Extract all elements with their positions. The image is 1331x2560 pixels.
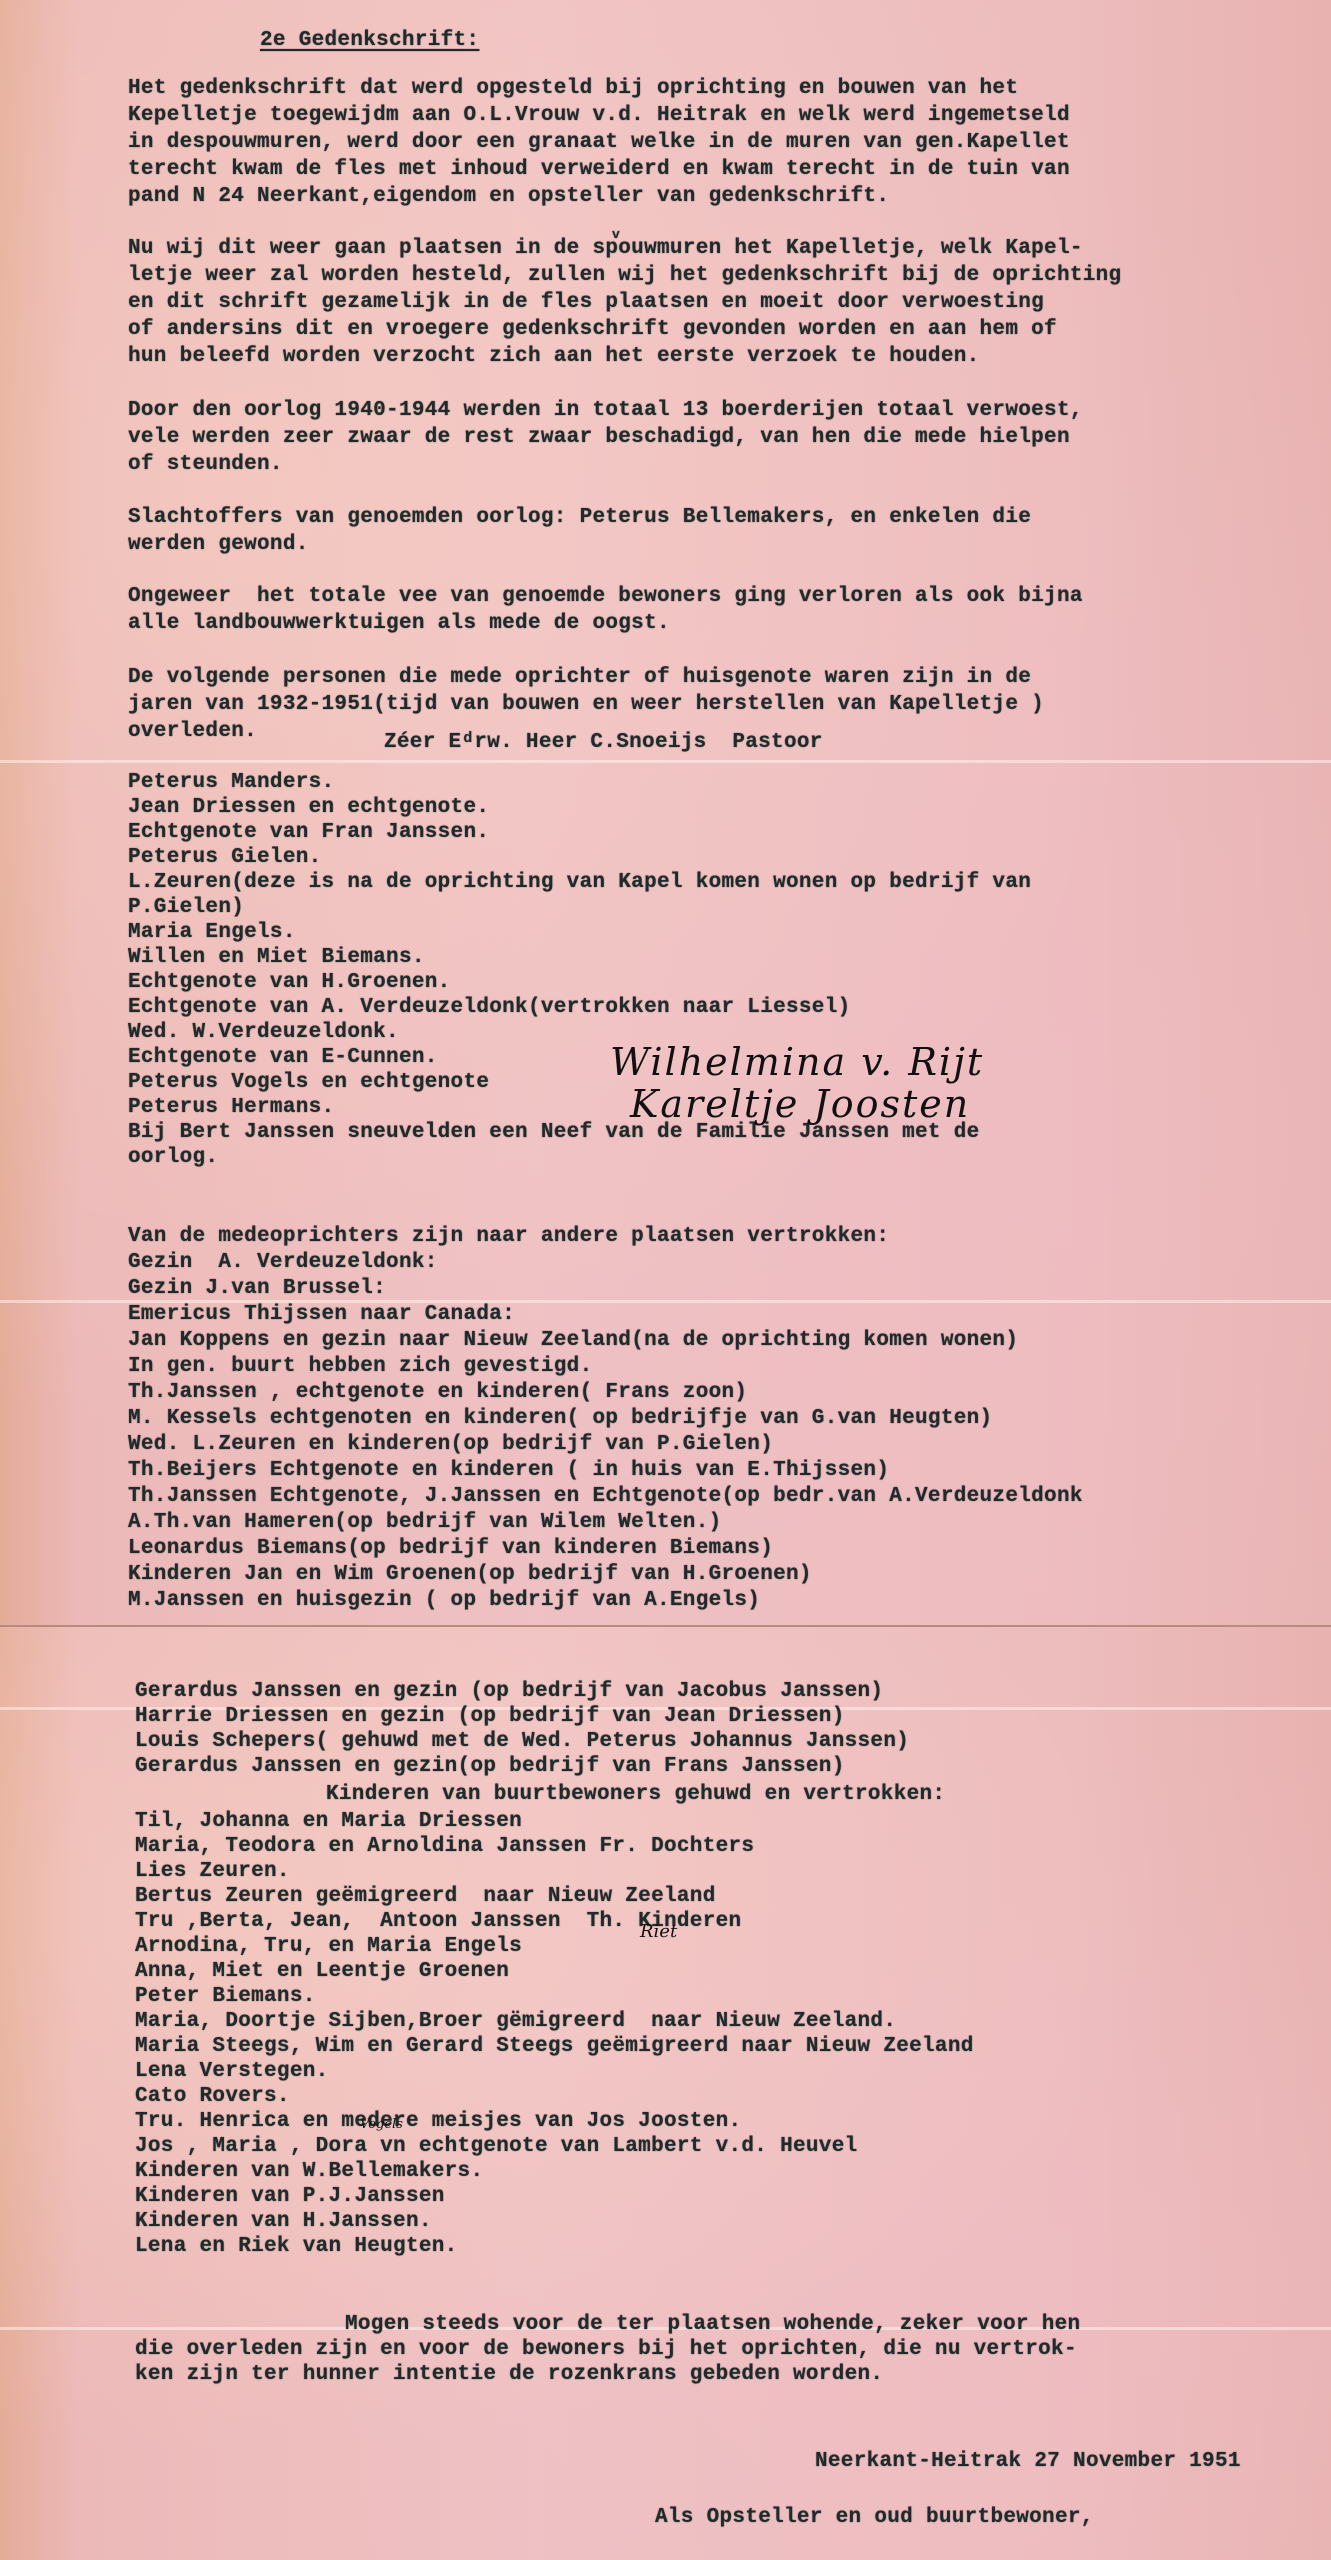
text-line: terecht kwam de fles met inhoud verweide… [128,157,1070,183]
moved-item: M.Janssen en huisgezin ( op bedrijf van … [128,1588,760,1614]
deceased-item: Echtgenote van E-Cunnen. [128,1045,438,1071]
children-item: Maria, Teodora en Arnoldina Janssen Fr. … [135,1834,754,1860]
children-item: Arnodina, Tru, en Maria Engels [135,1934,522,1960]
moved-item: Th.Janssen Echtgenote, J.Janssen en Echt… [128,1484,1083,1510]
closing-line: ken zijn ter hunner intentie de rozenkra… [135,2362,883,2388]
fold-crease [0,760,1331,763]
closing-line: die overleden zijn en voor de bewoners b… [135,2337,1077,2363]
moved-item: Wed. L.Zeuren en kinderen(op bedrijf van… [128,1432,773,1458]
moved-item: Th.Janssen , echtgenote en kinderen( Fra… [128,1380,747,1406]
insertion-mark: v [612,222,620,248]
moved-item: M. Kessels echtgenoten en kinderen( op b… [128,1406,992,1432]
text-line: letje weer zal worden hesteld, zullen wi… [128,263,1121,289]
handwritten-name: Wilhelmina v. Rijt [610,1040,984,1084]
children-item: Til, Johanna en Maria Driessen [135,1809,522,1835]
settled-item: Harrie Driessen en gezin (op bedrijf van… [135,1704,845,1730]
text-line: hun beleefd worden verzocht zich aan het… [128,344,980,370]
deceased-item: Maria Engels. [128,920,296,946]
deceased-item: Echtgenote van Fran Janssen. [128,820,489,846]
children-item: Maria Steegs, Wim en Gerard Steegs geëmi… [135,2034,974,2060]
text-line: in despouwmuren, werd door een granaat w… [128,130,1070,156]
text-line: De volgende personen die mede oprichter … [128,665,1031,691]
moved-item: A.Th.van Hameren(op bedrijf van Wilem We… [128,1510,722,1536]
text-line: Nu wij dit weer gaan plaatsen in de spou… [128,236,1083,262]
children-item: Lena en Riek van Heugten. [135,2234,458,2260]
closing-line: Mogen steeds voor de ter plaatsen wohend… [345,2312,1080,2338]
section-heading: Van de medeoprichters zijn naar andere p… [128,1224,889,1250]
text-line: en dit schrift gezamelijk in de fles pla… [128,290,1044,316]
moved-item: Emericus Thijssen naar Canada: [128,1302,515,1328]
deceased-item: Peterus Gielen. [128,845,322,871]
children-item: Anna, Miet en Leentje Groenen [135,1959,509,1985]
text-line: of steunden. [128,452,283,478]
deceased-item: Willen en Miet Biemans. [128,945,425,971]
children-item: Lies Zeuren. [135,1859,290,1885]
text-line: of andersins dit en vroegere gedenkschri… [128,317,1057,343]
moved-item: Gezin J.van Brussel: [128,1276,386,1302]
deceased-item: oorlog. [128,1145,218,1171]
document-title: 2e Gedenkschrift: [260,28,479,54]
settled-item: Gerardus Janssen en gezin(op bedrijf van… [135,1754,845,1780]
section-heading: Kinderen van buurtbewoners gehuwd en ver… [326,1782,945,1808]
deceased-item: Echtgenote van A. Verdeuzeldonk(vertrokk… [128,995,851,1021]
moved-item: Leonardus Biemans(op bedrijf van kindere… [128,1536,773,1562]
text-line: overleden. [128,719,257,745]
moved-item: In gen. buurt hebben zich gevestigd. [128,1354,592,1380]
settled-item: Gerardus Janssen en gezin (op bedrijf va… [135,1679,883,1705]
text-line: Het gedenkschrift dat werd opgesteld bij… [128,76,1018,102]
text-line: Door den oorlog 1940-1944 werden in tota… [128,398,1083,424]
deceased-item: Wed. W.Verdeuzeldonk. [128,1020,399,1046]
moved-item: Gezin A. Verdeuzeldonk: [128,1250,438,1276]
place-date: Neerkant-Heitrak 27 November 1951 [815,2449,1241,2475]
children-item: Kinderen van H.Janssen. [135,2209,432,2235]
document-sheet-1: 2e Gedenkschrift: Het gedenkschrift dat … [0,0,1331,1625]
children-item: Kinderen van W.Bellemakers. [135,2159,483,2185]
settled-item: Louis Schepers( gehuwd met de Wed. Peter… [135,1729,909,1755]
moved-item: Jan Koppens en gezin naar Nieuw Zeeland(… [128,1328,1018,1354]
text-line: pand N 24 Neerkant,eigendom en opsteller… [128,184,889,210]
text-line: werden gewond. [128,532,309,558]
children-item: Jos , Maria , Dora vn echtgenote van Lam… [135,2134,858,2160]
text-line: jaren van 1932-1951(tijd van bouwen en w… [128,692,1044,718]
signature-line: Als Opsteller en oud buurtbewoner, [655,2505,1094,2531]
deceased-item: Jean Driessen en echtgenote. [128,795,489,821]
children-item: Lena Verstegen. [135,2059,329,2085]
document-sheet-2: Gerardus Janssen en gezin (op bedrijf va… [0,1625,1331,2560]
children-item: Peter Biemans. [135,1984,316,2010]
deceased-item: L.Zeuren(deze is na de oprichting van Ka… [128,870,1031,896]
text-line: Slachtoffers van genoemden oorlog: Peter… [128,505,1031,531]
children-item: Kinderen van P.J.Janssen [135,2184,445,2210]
children-item: Cato Rovers. [135,2084,290,2110]
handwritten-vogels: Vogels [360,2117,403,2132]
moved-item: Kinderen Jan en Wim Groenen(op bedrijf v… [128,1562,812,1588]
text-line: vele werden zeer zwaar de rest zwaar bes… [128,425,1070,451]
deceased-item: P.Gielen) [128,895,244,921]
deceased-item: Echtgenote van H.Groenen. [128,970,451,996]
deceased-item: Peterus Vogels en echtgenote [128,1070,489,1096]
deceased-item: Peterus Hermans. [128,1095,334,1121]
handwritten-name: Kareltje Joosten [630,1082,970,1126]
deceased-item: Peterus Manders. [128,770,334,796]
handwritten-riet: Riet [640,1921,677,1942]
pastor-line: Zéer Eᵈrw. Heer C.Snoeijs Pastoor [384,730,823,756]
children-item: Bertus Zeuren geëmigreerd naar Nieuw Zee… [135,1884,716,1910]
text-line: Ongeweer het totale vee van genoemde bew… [128,584,1083,610]
moved-item: Th.Beijers Echtgenote en kinderen ( in h… [128,1458,889,1484]
children-item: Tru. Henrica en medere meisjes van Jos J… [135,2109,741,2135]
children-item: Maria, Doortje Sijben,Broer gëmigreerd n… [135,2009,896,2035]
text-line: alle landbouwwerktuigen als mede de oogs… [128,611,670,637]
text-line: Kepelletje toegewijdm aan O.L.Vrouw v.d.… [128,103,1070,129]
